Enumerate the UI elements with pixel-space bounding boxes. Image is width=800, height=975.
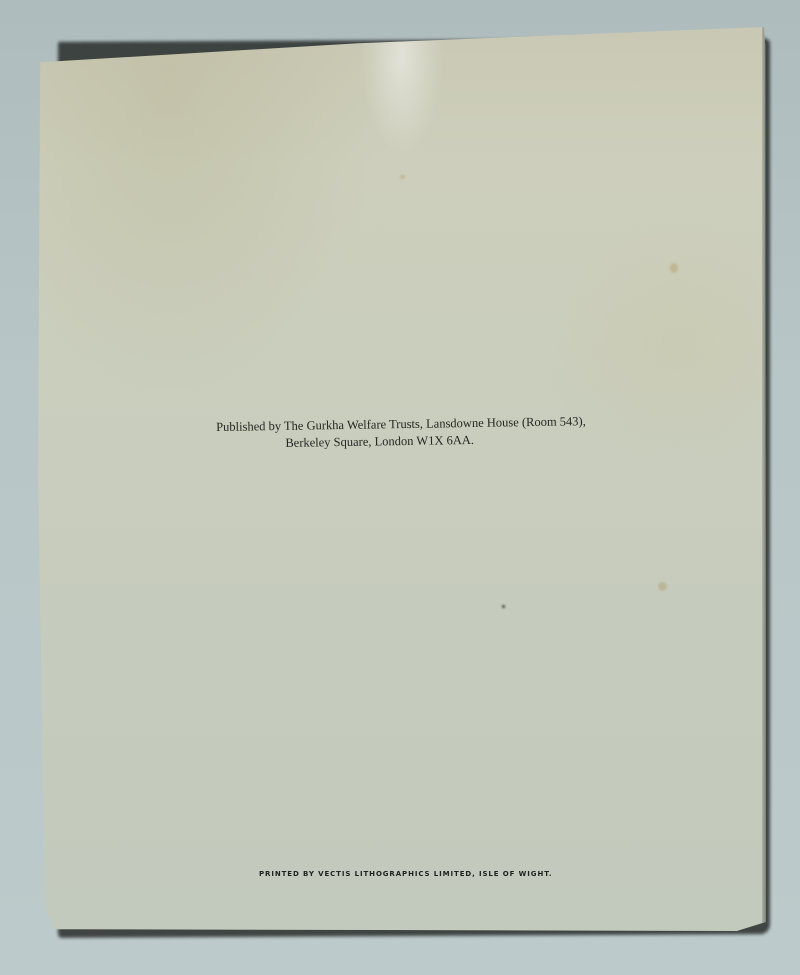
- paper-stain: [670, 263, 678, 273]
- printer-imprint: PRINTED BY VECTIS LITHOGRAPHICS LIMITED,…: [259, 870, 552, 878]
- photo-scene: Published by The Gurkha Welfare Trusts, …: [0, 0, 800, 975]
- paper-stain: [658, 582, 667, 591]
- publisher-line-1: Published by The Gurkha Welfare Trusts, …: [216, 414, 586, 434]
- booklet-back-cover: Published by The Gurkha Welfare Trusts, …: [38, 27, 766, 931]
- paper-stain: [400, 175, 405, 179]
- publisher-address: Published by The Gurkha Welfare Trusts, …: [216, 412, 636, 453]
- paper-stain: [502, 605, 505, 608]
